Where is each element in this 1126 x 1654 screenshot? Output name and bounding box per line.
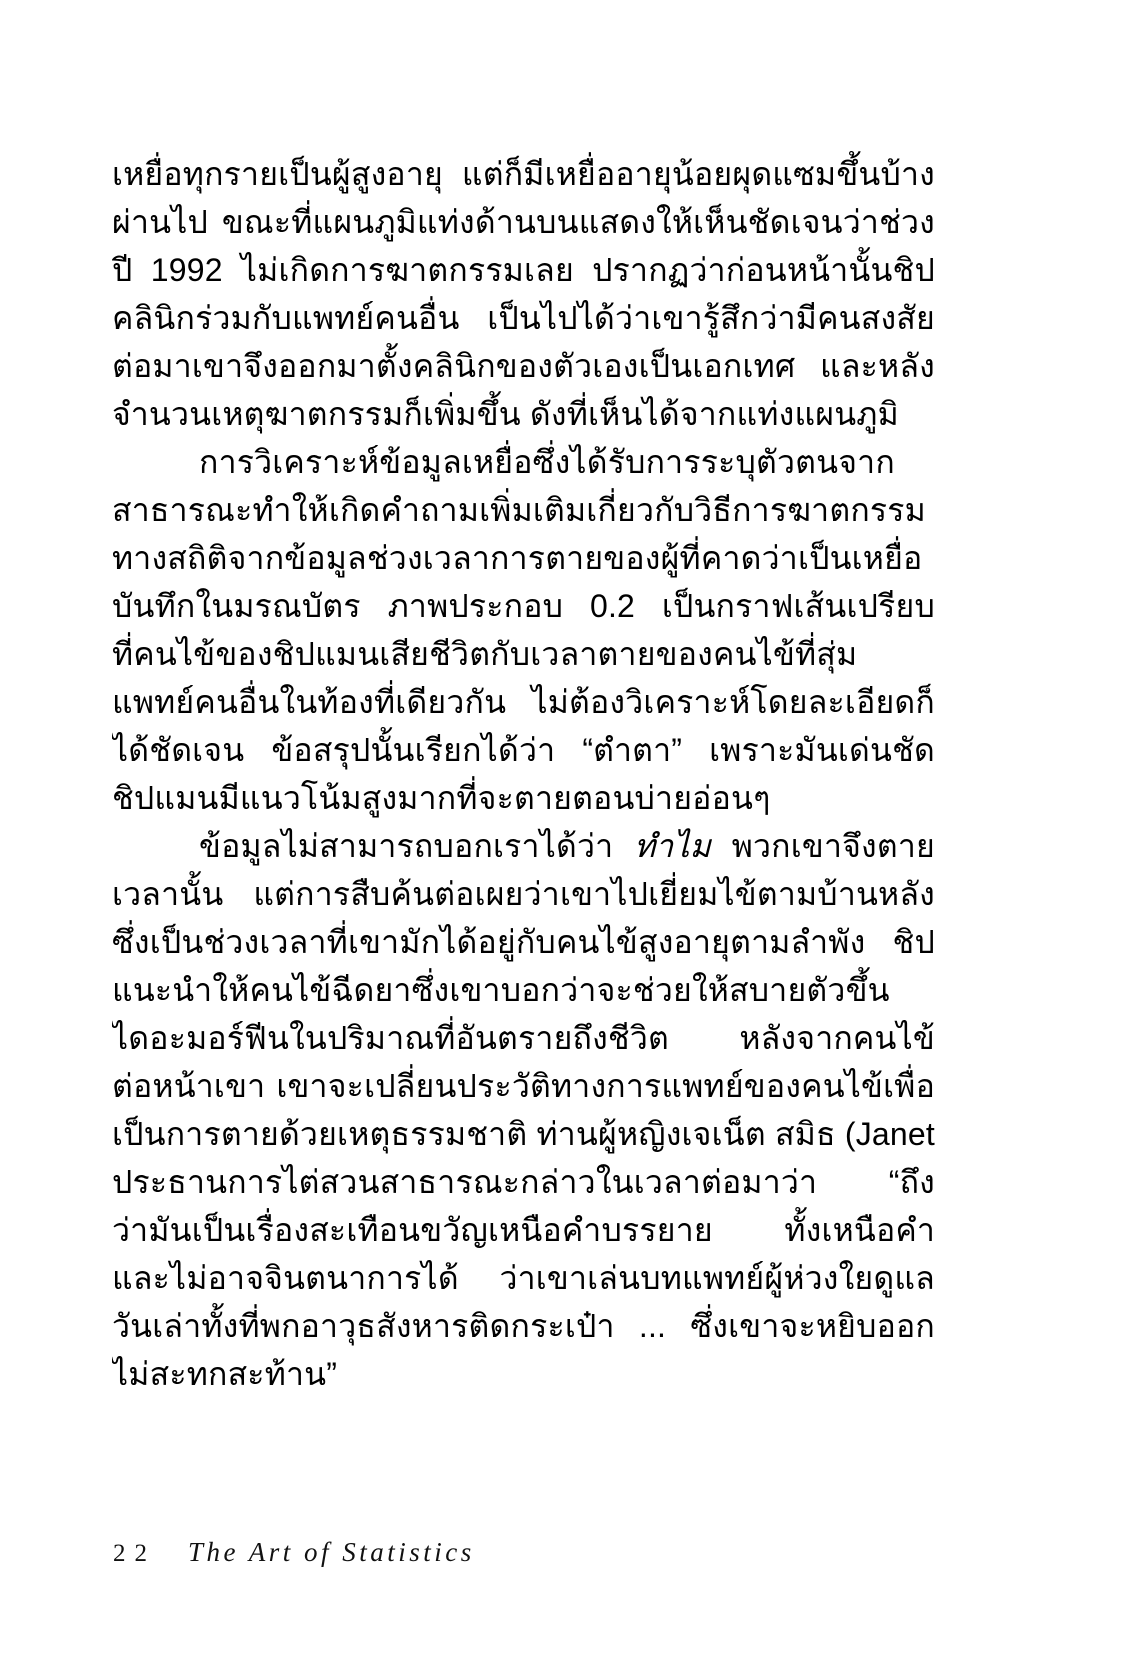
text-line: บันทึกในมรณบัตร ภาพประกอบ 0.2 เป็นกราฟเส…: [112, 582, 935, 630]
text-line: จำนวนเหตุฆาตกรรมก็เพิ่มขึ้น ดังที่เห็นได…: [112, 390, 935, 438]
text-line: ประธานการไต่สวนสาธารณะกล่าวในเวลาต่อมาว่…: [112, 1158, 935, 1206]
text-line: ผ่านไป ขณะที่แผนภูมิแท่งด้านบนแสดงให้เห็…: [112, 198, 935, 246]
text-line: ทางสถิติจากข้อมูลช่วงเวลาการตายของผู้ที่…: [112, 534, 935, 582]
body-text: เหยื่อทุกรายเป็นผู้สูงอายุ แต่ก็มีเหยื่อ…: [112, 150, 935, 1398]
book-title: The Art of Statistics: [188, 1537, 475, 1568]
text-line: และไม่อาจจินตนาการได้ ว่าเขาเล่นบทแพทย์ผ…: [112, 1254, 935, 1302]
text-line: เป็นการตายด้วยเหตุธรรมชาติ ท่านผู้หญิงเจ…: [112, 1110, 935, 1158]
text-line: วันเล่าทั้งที่พกอาวุธสังหารติดกระเป๋า ..…: [112, 1302, 935, 1350]
text-line: คลินิกร่วมกับแพทย์คนอื่น เป็นไปได้ว่าเขา…: [112, 294, 935, 342]
text-line: ได้ชัดเจน ข้อสรุปนั้นเรียกได้ว่า “ตำตา” …: [112, 726, 935, 774]
text-line: แพทย์คนอื่นในท้องที่เดียวกัน ไม่ต้องวิเค…: [112, 678, 935, 726]
text-line: ต่อหน้าเขา เขาจะเปลี่ยนประวัติทางการแพทย…: [112, 1062, 935, 1110]
text-segment: ข้อมูลไม่สามารถบอกเราได้ว่า: [199, 828, 634, 864]
emphasized-word: ทำไม: [634, 828, 711, 864]
text-line: เหยื่อทุกรายเป็นผู้สูงอายุ แต่ก็มีเหยื่อ…: [112, 150, 935, 198]
page-number: 22: [113, 1540, 156, 1568]
text-line: สาธารณะทำให้เกิดคำถามเพิ่มเติมเกี่ยวกับว…: [112, 486, 935, 534]
scanned-book-page: เหยื่อทุกรายเป็นผู้สูงอายุ แต่ก็มีเหยื่อ…: [0, 0, 1126, 1654]
text-line: ปี 1992 ไม่เกิดการฆาตกรรมเลย ปรากฏว่าก่อ…: [112, 246, 935, 294]
page-footer: 22 The Art of Statistics: [113, 1537, 475, 1577]
text-line: ที่คนไข้ของชิปแมนเสียชีวิตกับเวลาตายของค…: [112, 630, 935, 678]
text-line: ข้อมูลไม่สามารถบอกเราได้ว่า ทำไม พวกเขาจ…: [112, 822, 935, 870]
text-line: ไดอะมอร์ฟีนในปริมาณที่อันตรายถึงชีวิต หล…: [112, 1014, 935, 1062]
text-line: ซึ่งเป็นช่วงเวลาที่เขามักได้อยู่กับคนไข้…: [112, 918, 935, 966]
text-line: ไม่สะทกสะท้าน”: [112, 1350, 935, 1398]
text-line: แนะนำให้คนไข้ฉีดยาซึ่งเขาบอกว่าจะช่วยให้…: [112, 966, 935, 1014]
text-line: ชิปแมนมีแนวโน้มสูงมากที่จะตายตอนบ่ายอ่อน…: [112, 774, 935, 822]
text-line: ว่ามันเป็นเรื่องสะเทือนขวัญเหนือคำบรรยาย…: [112, 1206, 935, 1254]
text-line: ต่อมาเขาจึงออกมาตั้งคลินิกของตัวเองเป็นเ…: [112, 342, 935, 390]
text-line: การวิเคราะห์ข้อมูลเหยื่อซึ่งได้รับการระบ…: [112, 438, 935, 486]
text-line: เวลานั้น แต่การสืบค้นต่อเผยว่าเขาไปเยี่ย…: [112, 870, 935, 918]
